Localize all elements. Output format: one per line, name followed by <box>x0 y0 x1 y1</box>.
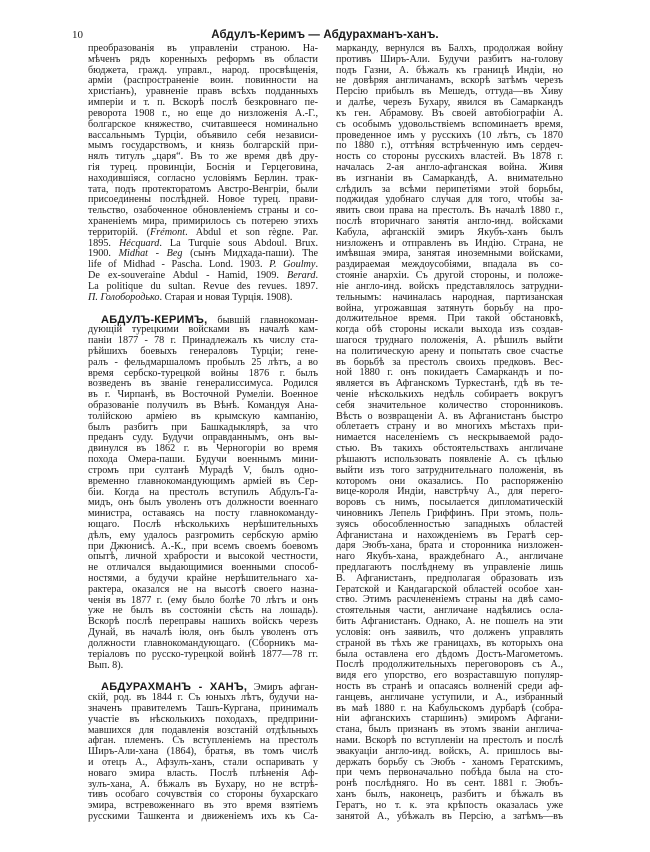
text-line: временно главнокомандующимъ арміей въ Се… <box>88 477 318 488</box>
entry-continuation: марканду, вернулся въ Балхъ, продолжая в… <box>336 44 563 823</box>
text-line: дѣлъ, ему удалось разгромить сербскую ар… <box>88 531 318 542</box>
text-line: толійскою арміею въ крымскую кампанію, <box>88 412 318 423</box>
text-line: выйти изъ того затруднительнаго положені… <box>336 466 563 477</box>
author-name: Midhat - Beg <box>119 248 183 259</box>
author-name: П. Голобородько <box>88 292 159 303</box>
bibliography: территорій. (Frémont. Abdul et son règne… <box>88 228 318 304</box>
continuation-text: преобразованія въ управленіи страною. На… <box>88 44 318 228</box>
text-line: В. Афганистанъ, предполагая образовать и… <box>336 574 563 585</box>
text-line: эвакуаціи англо-инд. войскъ, А. пришлось… <box>336 747 563 758</box>
author-name: Hécquard <box>119 238 159 249</box>
text-line: мѣченъ рядъ коренныхъ реформъ въ области <box>88 55 318 66</box>
running-head: Абдулъ-Керимъ — Абдурахманъ-ханъ. <box>0 29 650 41</box>
entry-abdul-kerim: АБДУЛЪ-КЕРИМЪ, бывшій главнокоман- дующі… <box>88 315 318 672</box>
text-line: находившіяся, согласно условіямъ Берлин.… <box>88 174 318 185</box>
text-line: противъ Ширъ-Али. Будучи разбитъ на-голо… <box>336 55 563 66</box>
text-line: русскими Ташкента и движеніемъ ихъ къ Са… <box>88 812 318 823</box>
text-line: съ особымъ удовольствіемъ вспоминаетъ вр… <box>336 120 563 131</box>
bibliography-line: П. Голобородько. Старая и новая Турція. … <box>88 293 318 304</box>
text-line: новаго эмира власть. Послѣ плѣненія Аф- <box>88 769 318 780</box>
text-line: болгарское княжество, считавшееся номина… <box>88 120 318 131</box>
text-line: въ изгнаніи въ Самаркандѣ, А. внимательн… <box>336 174 563 185</box>
text-line: занятой А., убѣжалъ въ Персію, а затѣмъ—… <box>336 812 563 823</box>
right-column: марканду, вернулся въ Балхъ, продолжая в… <box>336 44 563 823</box>
text-line: ганцевъ, англичане уступили, и А., избра… <box>336 693 563 704</box>
text-line: рактера, оказался не на высотѣ своего на… <box>88 585 318 596</box>
text-line: ралъ - фельдмаршаломъ пробылъ 25 лѣтъ, а… <box>88 358 318 369</box>
author-name: Frémont <box>150 227 185 238</box>
author-name: P. Goulmy <box>269 259 315 270</box>
author-name: Berard <box>287 270 315 281</box>
text-line: себя значительное количество сторонников… <box>336 401 563 412</box>
text-line: Кабула, афганскій эмиръ Якубъ-ханъ былъ <box>336 228 563 239</box>
text-line: зуясь обособленностью западныхъ областей <box>336 520 563 531</box>
left-column: преобразованія въ управленіи страною. На… <box>88 44 318 823</box>
entry-abdurakhman-khan: АБДУРАХМАНЪ - ХАНЪ, Эмиръ афган- скій, р… <box>88 682 318 823</box>
entry-body: дующій турецкими войсками въ началѣ кам-… <box>88 325 318 671</box>
text-line: теріаловъ по русско-турецкой войнѣ 1877—… <box>88 650 318 661</box>
text-line: участіе въ нѣсколькихъ походахъ, предпри… <box>88 715 318 726</box>
text-line: на политическую арену и попытать свое сч… <box>336 347 563 358</box>
text-line: страной въ тѣхъ же границахъ, въ которых… <box>336 639 563 650</box>
text-line: Вып. 8). <box>88 661 318 672</box>
text-line: тельнымъ: начиналась народная, партизанс… <box>336 293 563 304</box>
entry-body: скій, род. въ 1844 г. Съ юныхъ лѣтъ, буд… <box>88 693 318 823</box>
